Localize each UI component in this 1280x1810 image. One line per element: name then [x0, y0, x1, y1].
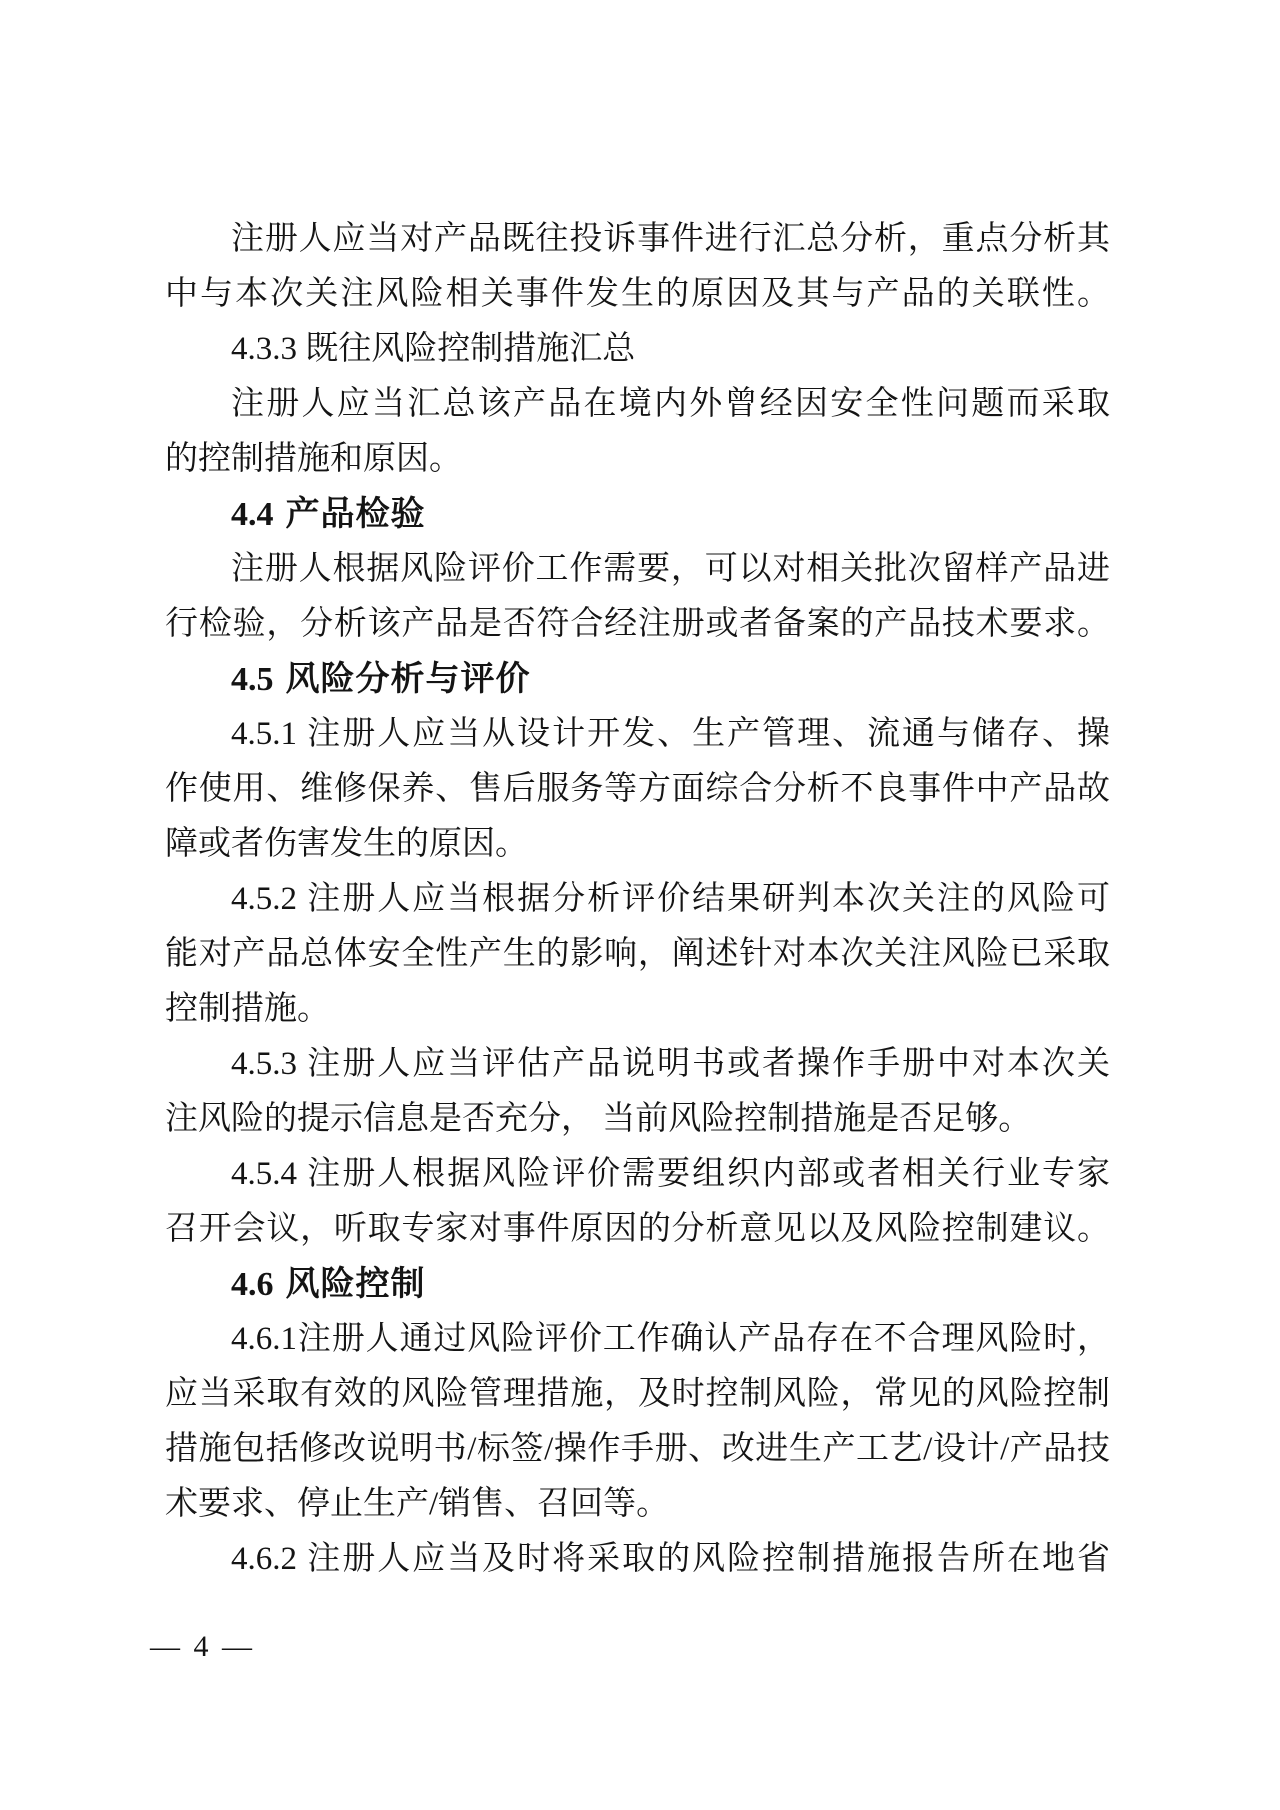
paragraph-line: 行检验，分析该产品是否符合经注册或者备案的产品技术要求。	[165, 597, 1110, 652]
heading-number: 4.6	[231, 1266, 274, 1303]
paragraph-line: 应当采取有效的风险管理措施，及时控制风险，常见的风险控制	[165, 1367, 1110, 1422]
paragraph-line: 4.5.4 注册人根据风险评价需要组织内部或者相关行业专家	[165, 1147, 1110, 1202]
paragraph-line: 4.5.3 注册人应当评估产品说明书或者操作手册中对本次关	[165, 1037, 1110, 1092]
paragraph-line: 注风险的提示信息是否充分， 当前风险控制措施是否足够。	[165, 1092, 1110, 1147]
paragraph-line: 能对产品总体安全性产生的影响，阐述针对本次关注风险已采取	[165, 927, 1110, 982]
paragraph-line: 障或者伤害发生的原因。	[165, 817, 1110, 872]
paragraph-line: 注册人应当汇总该产品在境内外曾经因安全性问题而采取	[165, 377, 1110, 432]
subsection-heading-4-3-3: 4.3.3 既往风险控制措施汇总	[165, 322, 1110, 377]
section-heading-4-4: 4.4产品检验	[165, 487, 1110, 542]
paragraph-line: 注册人根据风险评价工作需要，可以对相关批次留样产品进	[165, 542, 1110, 597]
heading-number: 4.4	[231, 496, 274, 533]
paragraph-line: 控制措施。	[165, 982, 1110, 1037]
paragraph-line: 作使用、维修保养、售后服务等方面综合分析不良事件中产品故	[165, 762, 1110, 817]
paragraph-line: 召开会议，听取专家对事件原因的分析意见以及风险控制建议。	[165, 1202, 1110, 1257]
section-heading-4-6: 4.6风险控制	[165, 1257, 1110, 1312]
heading-title: 风险控制	[286, 1265, 426, 1303]
page-number: — 4 —	[150, 1630, 255, 1664]
document-body: 注册人应当对产品既往投诉事件进行汇总分析，重点分析其 中与本次关注风险相关事件发…	[165, 212, 1110, 1587]
paragraph-line: 术要求、停止生产/销售、召回等。	[165, 1477, 1110, 1532]
paragraph-line: 中与本次关注风险相关事件发生的原因及其与产品的关联性。	[165, 267, 1110, 322]
section-heading-4-5: 4.5风险分析与评价	[165, 652, 1110, 707]
paragraph-line: 注册人应当对产品既往投诉事件进行汇总分析，重点分析其	[165, 212, 1110, 267]
paragraph-line: 措施包括修改说明书/标签/操作手册、改进生产工艺/设计/产品技	[165, 1422, 1110, 1477]
paragraph-line: 4.5.1 注册人应当从设计开发、生产管理、流通与储存、操	[165, 707, 1110, 762]
heading-title: 产品检验	[286, 495, 426, 533]
heading-title: 风险分析与评价	[286, 660, 531, 698]
paragraph-line: 的控制措施和原因。	[165, 432, 1110, 487]
paragraph-line: 4.6.1注册人通过风险评价工作确认产品存在不合理风险时，	[165, 1312, 1110, 1367]
heading-number: 4.5	[231, 661, 274, 698]
paragraph-line: 4.5.2 注册人应当根据分析评价结果研判本次关注的风险可	[165, 872, 1110, 927]
paragraph-line: 4.6.2 注册人应当及时将采取的风险控制措施报告所在地省	[165, 1532, 1110, 1587]
document-page: 注册人应当对产品既往投诉事件进行汇总分析，重点分析其 中与本次关注风险相关事件发…	[0, 0, 1280, 1810]
